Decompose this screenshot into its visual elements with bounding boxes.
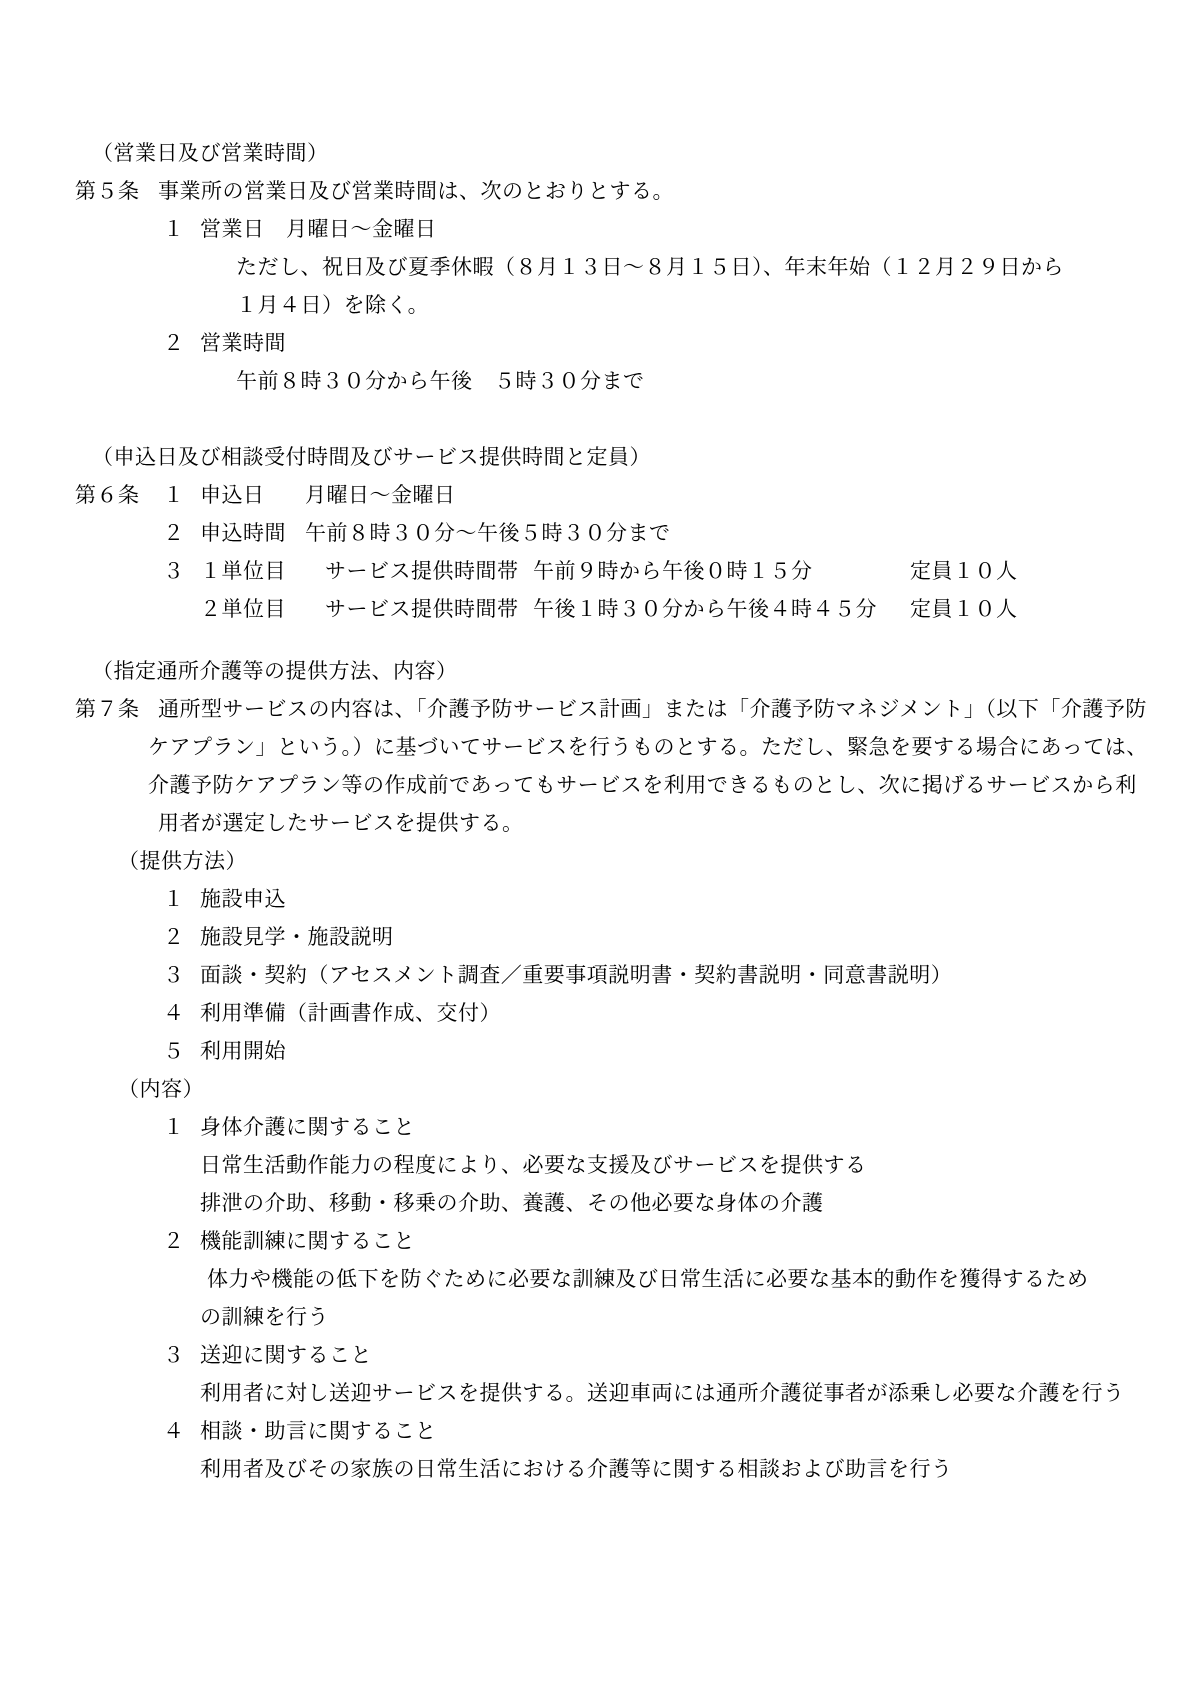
- content-item-title: 送迎に関すること: [200, 1336, 372, 1374]
- sub-heading: （提供方法）: [118, 842, 247, 880]
- text-line: 日常生活動作能力の程度により、必要な支援及びサービスを提供する: [0, 1146, 1191, 1184]
- step-text: 面談・契約（アセスメント調査／重要事項説明書・契約書説明・同意書説明）: [200, 956, 952, 994]
- content-item-detail: 利用者に対し送迎サービスを提供する。送迎車両には通所介護従事者が添乗し必要な介護…: [200, 1374, 1125, 1412]
- content-item-title: 相談・助言に関すること: [200, 1412, 437, 1450]
- text-line: （申込日及び相談受付時間及びサービス提供時間と定員）: [0, 438, 1191, 476]
- text-line: 排泄の介助、移動・移乗の介助、養護、その他必要な身体の介護: [0, 1184, 1191, 1222]
- content-item-number: １: [163, 1108, 185, 1146]
- text-line: 用者が選定したサービスを提供する。: [0, 804, 1191, 842]
- text-line: 体力や機能の低下を防ぐために必要な訓練及び日常生活に必要な基本的動作を獲得するた…: [0, 1260, 1191, 1298]
- section-article-6: （申込日及び相談受付時間及びサービス提供時間と定員） 第６条 １ 申込日 月曜日…: [0, 438, 1191, 628]
- text-line: 利用者及びその家族の日常生活における介護等に関する相談および助言を行う: [0, 1450, 1191, 1488]
- text-line: 第６条 １ 申込日 月曜日～金曜日: [0, 476, 1191, 514]
- text-line: 介護予防ケアプラン等の作成前であってもサービスを利用できるものとし、次に掲げるサ…: [0, 766, 1191, 804]
- text-line: ２ 申込時間 午前８時３０分～午後５時３０分まで: [0, 514, 1191, 552]
- step-number: ３: [163, 956, 185, 994]
- text-line: （営業日及び営業時間）: [0, 134, 1191, 172]
- article-text: ケアプラン」という。）に基づいてサービスを行うものとする。ただし、緊急を要する場…: [148, 728, 1148, 766]
- article-number: 第５条: [75, 172, 140, 210]
- article-text: 事業所の営業日及び営業時間は、次のとおりとする。: [158, 172, 674, 210]
- step-text: 利用開始: [200, 1032, 286, 1070]
- text-line: 午前８時３０分から午後 ５時３０分まで: [0, 362, 1191, 400]
- article-text: 介護予防ケアプラン等の作成前であってもサービスを利用できるものとし、次に掲げるサ…: [148, 766, 1137, 804]
- step-number: ４: [163, 994, 185, 1032]
- article-text: 用者が選定したサービスを提供する。: [158, 804, 524, 842]
- row-value: 午前８時３０分～午後５時３０分まで: [305, 514, 671, 552]
- text-line: ３ １単位目 サービス提供時間帯 午前９時から午後０時１５分 定員１０人: [0, 552, 1191, 590]
- section-article-7: （指定通所介護等の提供方法、内容） 第７条 通所型サービスの内容は、「介護予防サ…: [0, 652, 1191, 1488]
- section-gap: [0, 628, 1191, 652]
- text-line: ５ 利用開始: [0, 1032, 1191, 1070]
- text-line: １ 営業日 月曜日～金曜日: [0, 210, 1191, 248]
- service-time: 午後１時３０分から午後４時４５分: [533, 590, 877, 628]
- text-line: の訓練を行う: [0, 1298, 1191, 1336]
- unit-name: １単位目: [200, 552, 286, 590]
- article-number: 第６条: [75, 476, 140, 514]
- unit-name: ２単位目: [200, 590, 286, 628]
- item-number: １: [163, 210, 185, 248]
- article-number: 第７条: [75, 690, 140, 728]
- text-line: （内容）: [0, 1070, 1191, 1108]
- content-item-detail: の訓練を行う: [200, 1298, 329, 1336]
- text-line: １ 施設申込: [0, 880, 1191, 918]
- item-note: 午前８時３０分から午後 ５時３０分まで: [236, 362, 645, 400]
- text-line: ２ 営業時間: [0, 324, 1191, 362]
- text-line: ４ 相談・助言に関すること: [0, 1412, 1191, 1450]
- capacity: 定員１０人: [910, 552, 1018, 590]
- item-text: 営業日 月曜日～金曜日: [200, 210, 437, 248]
- sub-heading: （内容）: [118, 1070, 204, 1108]
- article-text: 通所型サービスの内容は、「介護予防サービス計画」または「介護予防マネジメント」（…: [158, 690, 1147, 728]
- item-number: ２: [163, 324, 185, 362]
- item-text: 営業時間: [200, 324, 286, 362]
- text-line: 利用者に対し送迎サービスを提供する。送迎車両には通所介護従事者が添乗し必要な介護…: [0, 1374, 1191, 1412]
- row-name: 申込日: [200, 476, 265, 514]
- content-item-detail: 日常生活動作能力の程度により、必要な支援及びサービスを提供する: [200, 1146, 867, 1184]
- document-page: （営業日及び営業時間） 第５条 事業所の営業日及び営業時間は、次のとおりとする。…: [0, 0, 1191, 1684]
- section-article-5: （営業日及び営業時間） 第５条 事業所の営業日及び営業時間は、次のとおりとする。…: [0, 134, 1191, 400]
- step-text: 施設申込: [200, 880, 286, 918]
- content-item-detail: 排泄の介助、移動・移乗の介助、養護、その他必要な身体の介護: [200, 1184, 824, 1222]
- service-time: 午前９時から午後０時１５分: [533, 552, 813, 590]
- step-number: １: [163, 880, 185, 918]
- content-item-detail: 利用者及びその家族の日常生活における介護等に関する相談および助言を行う: [200, 1450, 953, 1488]
- content-item-title: 身体介護に関すること: [200, 1108, 415, 1146]
- section-heading: （営業日及び営業時間）: [92, 134, 329, 172]
- item-number: ２: [163, 514, 185, 552]
- content-item-number: ２: [163, 1222, 185, 1260]
- capacity: 定員１０人: [910, 590, 1018, 628]
- top-margin: [0, 0, 1191, 134]
- content-item-number: ４: [163, 1412, 185, 1450]
- text-line: 第７条 通所型サービスの内容は、「介護予防サービス計画」または「介護予防マネジメ…: [0, 690, 1191, 728]
- content-item-number: ３: [163, 1336, 185, 1374]
- text-line: ケアプラン」という。）に基づいてサービスを行うものとする。ただし、緊急を要する場…: [0, 728, 1191, 766]
- row-value: 月曜日～金曜日: [305, 476, 456, 514]
- text-line: ２単位目 サービス提供時間帯 午後１時３０分から午後４時４５分 定員１０人: [0, 590, 1191, 628]
- section-gap: [0, 400, 1191, 438]
- text-line: ３ 送迎に関すること: [0, 1336, 1191, 1374]
- text-line: ４ 利用準備（計画書作成、交付）: [0, 994, 1191, 1032]
- content-item-detail: 体力や機能の低下を防ぐために必要な訓練及び日常生活に必要な基本的動作を獲得するた…: [207, 1260, 1089, 1298]
- step-text: 利用準備（計画書作成、交付）: [200, 994, 501, 1032]
- item-note: ただし、祝日及び夏季休暇（８月１３日～８月１５日）、年末年始（１２月２９日から: [236, 248, 1064, 286]
- step-text: 施設見学・施設説明: [200, 918, 394, 956]
- item-number: １: [163, 476, 185, 514]
- section-heading: （申込日及び相談受付時間及びサービス提供時間と定員）: [92, 438, 651, 476]
- section-heading: （指定通所介護等の提供方法、内容）: [92, 652, 458, 690]
- text-line: 第５条 事業所の営業日及び営業時間は、次のとおりとする。: [0, 172, 1191, 210]
- service-band-label: サービス提供時間帯: [325, 552, 519, 590]
- text-line: １月４日）を除く。: [0, 286, 1191, 324]
- text-line: （指定通所介護等の提供方法、内容）: [0, 652, 1191, 690]
- step-number: ５: [163, 1032, 185, 1070]
- text-line: １ 身体介護に関すること: [0, 1108, 1191, 1146]
- item-note: １月４日）を除く。: [236, 286, 429, 324]
- text-line: ２ 施設見学・施設説明: [0, 918, 1191, 956]
- text-line: ２ 機能訓練に関すること: [0, 1222, 1191, 1260]
- row-name: 申込時間: [200, 514, 286, 552]
- item-number: ３: [163, 552, 185, 590]
- step-number: ２: [163, 918, 185, 956]
- content-item-title: 機能訓練に関すること: [200, 1222, 415, 1260]
- text-line: ３ 面談・契約（アセスメント調査／重要事項説明書・契約書説明・同意書説明）: [0, 956, 1191, 994]
- text-line: ただし、祝日及び夏季休暇（８月１３日～８月１５日）、年末年始（１２月２９日から: [0, 248, 1191, 286]
- service-band-label: サービス提供時間帯: [325, 590, 519, 628]
- text-line: （提供方法）: [0, 842, 1191, 880]
